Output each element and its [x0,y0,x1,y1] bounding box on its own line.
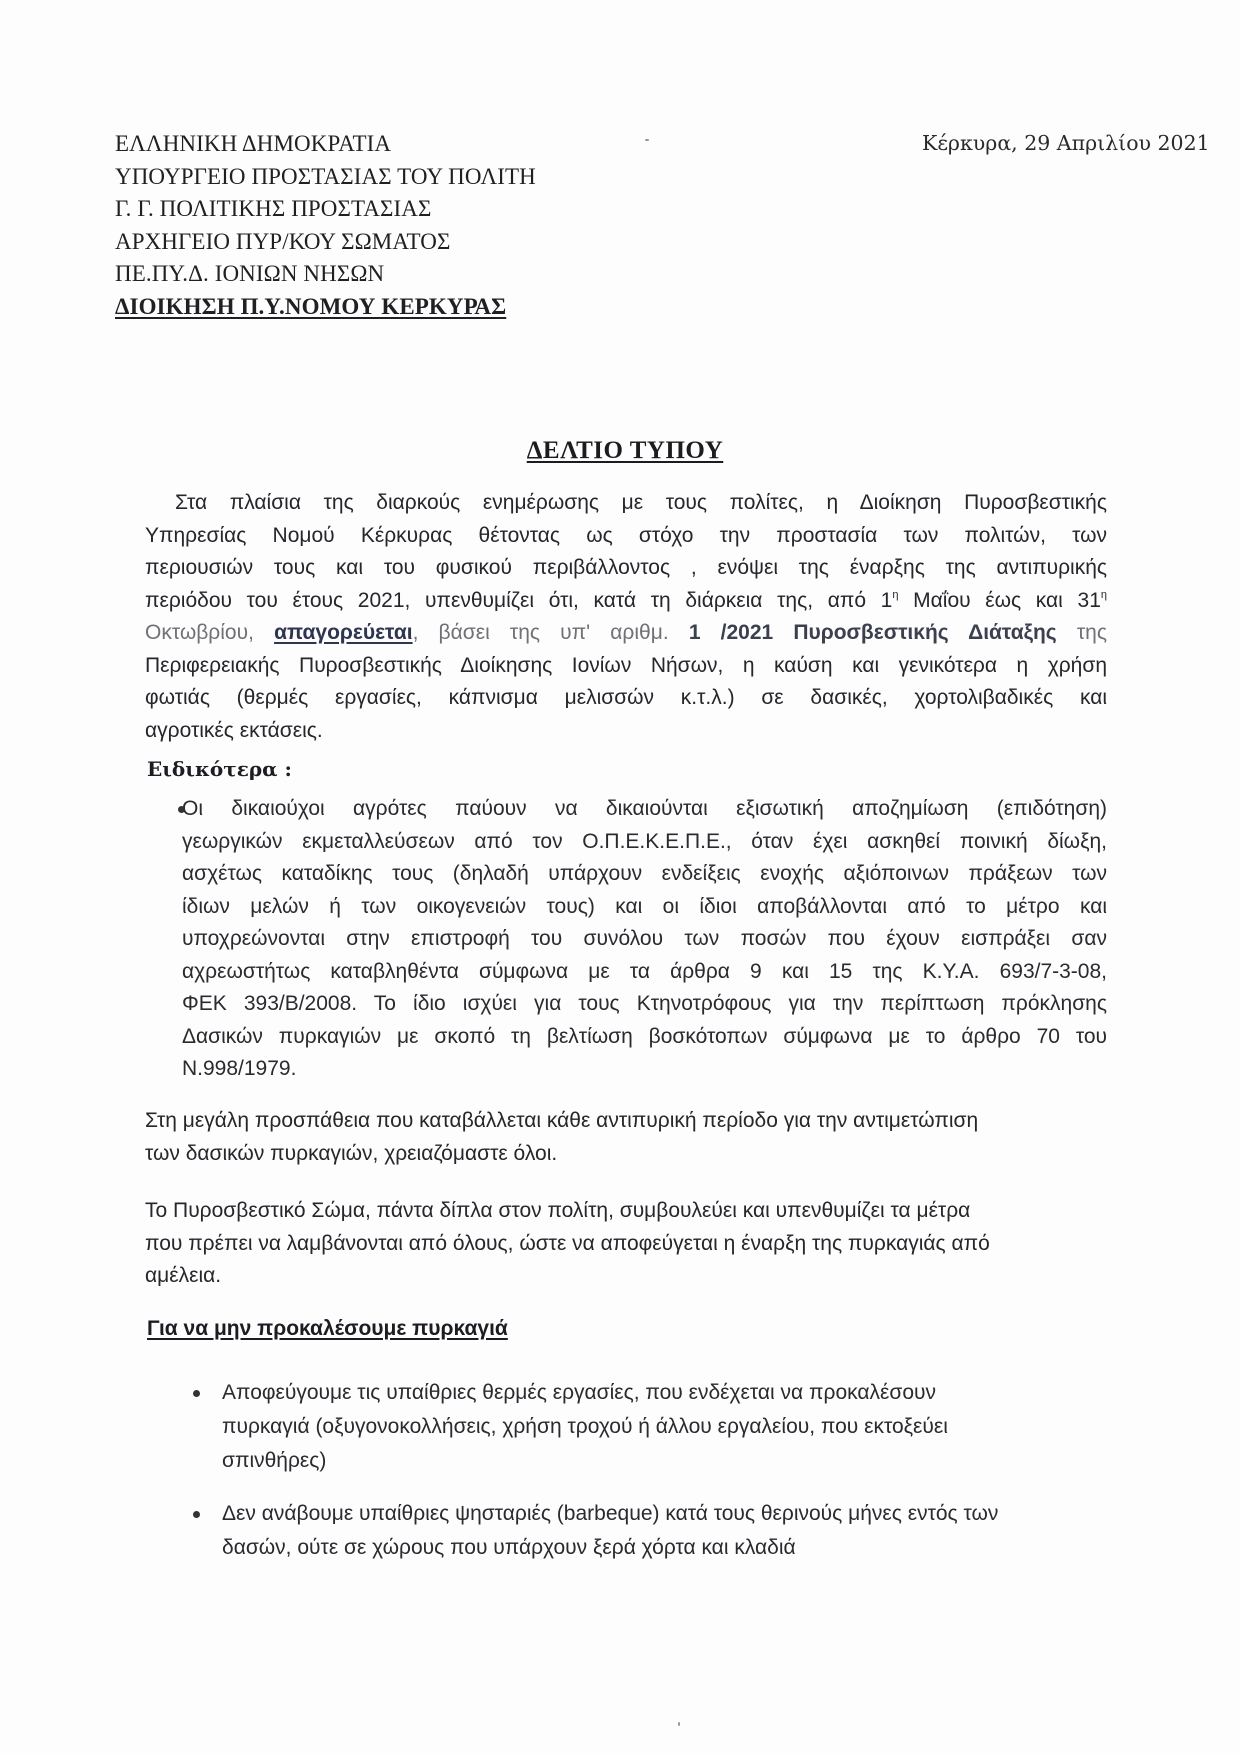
letterhead-line: Γ. Γ. ΠΟΛΙΤΙΚΗΣ ΠΡΟΣΤΑΣΙΑΣ [115,193,536,226]
fire-order-reference: 1 /2021 Πυροσβεστικής Διάταξης [689,621,1057,644]
text-line: δασών, ούτε σε χώρους που υπάρχουν ξερά … [222,1531,1122,1565]
text-line: Στη μεγάλη προσπάθεια που καταβάλλεται κ… [145,1105,1125,1138]
text-line: υποχρεώνονται στην επιστροφή του συνόλου… [182,923,1107,956]
intro-paragraph: Στα πλαίσια της διαρκούς ενημέρωσης με τ… [145,487,1107,747]
text-span: Οκτωβρίου, [145,621,274,644]
text-line: σπινθήρες) [222,1444,1122,1478]
text-line: φωτιάς (θερμές εργασίες, κάπνισμα μελισσ… [145,682,1107,715]
text-span: , βάσει της υπ' αριθμ. [413,621,689,644]
text-line: αχρεωστήτως καταβληθέντα σύμφωνα με τα ά… [182,956,1107,989]
list-item: Δεν ανάβουμε υπαίθριες ψησταριές (barbeq… [222,1497,1122,1565]
specifically-bullet: Οι δικαιούχοι αγρότες παύουν να δικαιούν… [182,793,1107,1086]
prevention-heading: Για να μην προκαλέσουμε πυρκαγιά [147,1317,508,1341]
text-line: Στα πλαίσια της διαρκούς ενημέρωσης με τ… [145,487,1107,520]
letterhead-line: ΠΕ.ΠΥ.Δ. ΙΟΝΙΩΝ ΝΗΣΩΝ [115,258,536,291]
text-line: Οι δικαιούχοι αγρότες παύουν να δικαιούν… [182,793,1107,826]
text-line: αγροτικές εκτάσεις. [145,715,1107,748]
text-line: Οκτωβρίου, απαγορεύεται, βάσει της υπ' α… [145,617,1107,650]
place-date: Κέρκυρα, 29 Απριλίου 2021 [922,131,1210,155]
text-line: γεωργικών εκμεταλλεύσεων από τον Ο.Π.Ε.Κ… [182,826,1107,859]
ordinal-superscript: η [1101,589,1107,601]
letterhead-line: ΥΠΟΥΡΓΕΙΟ ΠΡΟΣΤΑΣΙΑΣ ΤΟΥ ΠΟΛΙΤΗ [115,161,536,194]
letterhead-line: ΑΡΧΗΓΕΙΟ ΠΥΡ/ΚΟΥ ΣΩΜΑΤΟΣ [115,226,536,259]
list-item: Αποφεύγουμε τις υπαίθριες θερμές εργασίε… [222,1376,1122,1478]
text-line: των δασικών πυρκαγιών, χρειαζόμαστε όλοι… [145,1138,1125,1171]
text-line: αμέλεια. [145,1260,1125,1293]
effort-paragraph: Στη μεγάλη προσπάθεια που καταβάλλεται κ… [145,1105,1125,1170]
text-line: περιόδου του έτους 2021, υπενθυμίζει ότι… [145,585,1107,618]
text-span: της [1057,621,1107,644]
bullet-icon [178,806,185,813]
text-line: ίδιων μελών ή των οικογενειών τους) και … [182,891,1107,924]
issuing-authority: ΔΙΟΙΚΗΣΗ Π.Υ.ΝΟΜΟΥ ΚΕΡΚΥΡΑΣ [115,291,536,324]
fire-service-paragraph: Το Πυροσβεστικό Σώμα, πάντα δίπλα στον π… [145,1195,1125,1293]
document-page: ΕΛΛΗΝΙΚΗ ΔΗΜΟΚΡΑΤΙΑ ΥΠΟΥΡΓΕΙΟ ΠΡΟΣΤΑΣΙΑΣ… [0,0,1240,1753]
text-line: Το Πυροσβεστικό Σώμα, πάντα δίπλα στον π… [145,1195,1125,1228]
text-line: Δεν ανάβουμε υπαίθριες ψησταριές (barbeq… [222,1497,1122,1531]
text-span: περιόδου του έτους 2021, υπενθυμίζει ότι… [145,589,892,612]
prohibited-emphasis: απαγορεύεται [274,621,413,644]
text-line: Αποφεύγουμε τις υπαίθριες θερμές εργασίε… [222,1376,1122,1410]
text-line: Υπηρεσίας Νομού Κέρκυρας θέτοντας ως στό… [145,520,1107,553]
letterhead: ΕΛΛΗΝΙΚΗ ΔΗΜΟΚΡΑΤΙΑ ΥΠΟΥΡΓΕΙΟ ΠΡΟΣΤΑΣΙΑΣ… [115,128,536,323]
text-line: πυρκαγιά (οξυγονοκολλήσεις, χρήση τροχού… [222,1410,1122,1444]
bullet-icon [193,1390,200,1397]
scan-speck [645,139,649,141]
text-span: Μαΐου έως και 31 [898,589,1100,612]
text-line: περιουσιών τους και του φυσικού περιβάλλ… [145,552,1107,585]
letterhead-line: ΕΛΛΗΝΙΚΗ ΔΗΜΟΚΡΑΤΙΑ [115,128,536,161]
text-line: Ν.998/1979. [182,1053,1107,1086]
specifically-heading: Ειδικότερα : [147,757,292,781]
text-line: Δασικών πυρκαγιών με σκοπό τη βελτίωση β… [182,1021,1107,1054]
scan-speck [678,1722,680,1726]
text-line: ΦΕΚ 393/Β/2008. Το ίδιο ισχύει για τους … [182,988,1107,1021]
text-line: που πρέπει να λαμβάνονται από όλους, ώστ… [145,1228,1125,1261]
text-line: ασχέτως καταδίκης τους (δηλαδή υπάρχουν … [182,858,1107,891]
document-title: ΔΕΛΤΙΟ ΤΥΠΟΥ [0,437,1240,465]
text-line: Περιφερειακής Πυροσβεστικής Διοίκησης Ιο… [145,650,1107,683]
bullet-icon [193,1511,200,1518]
